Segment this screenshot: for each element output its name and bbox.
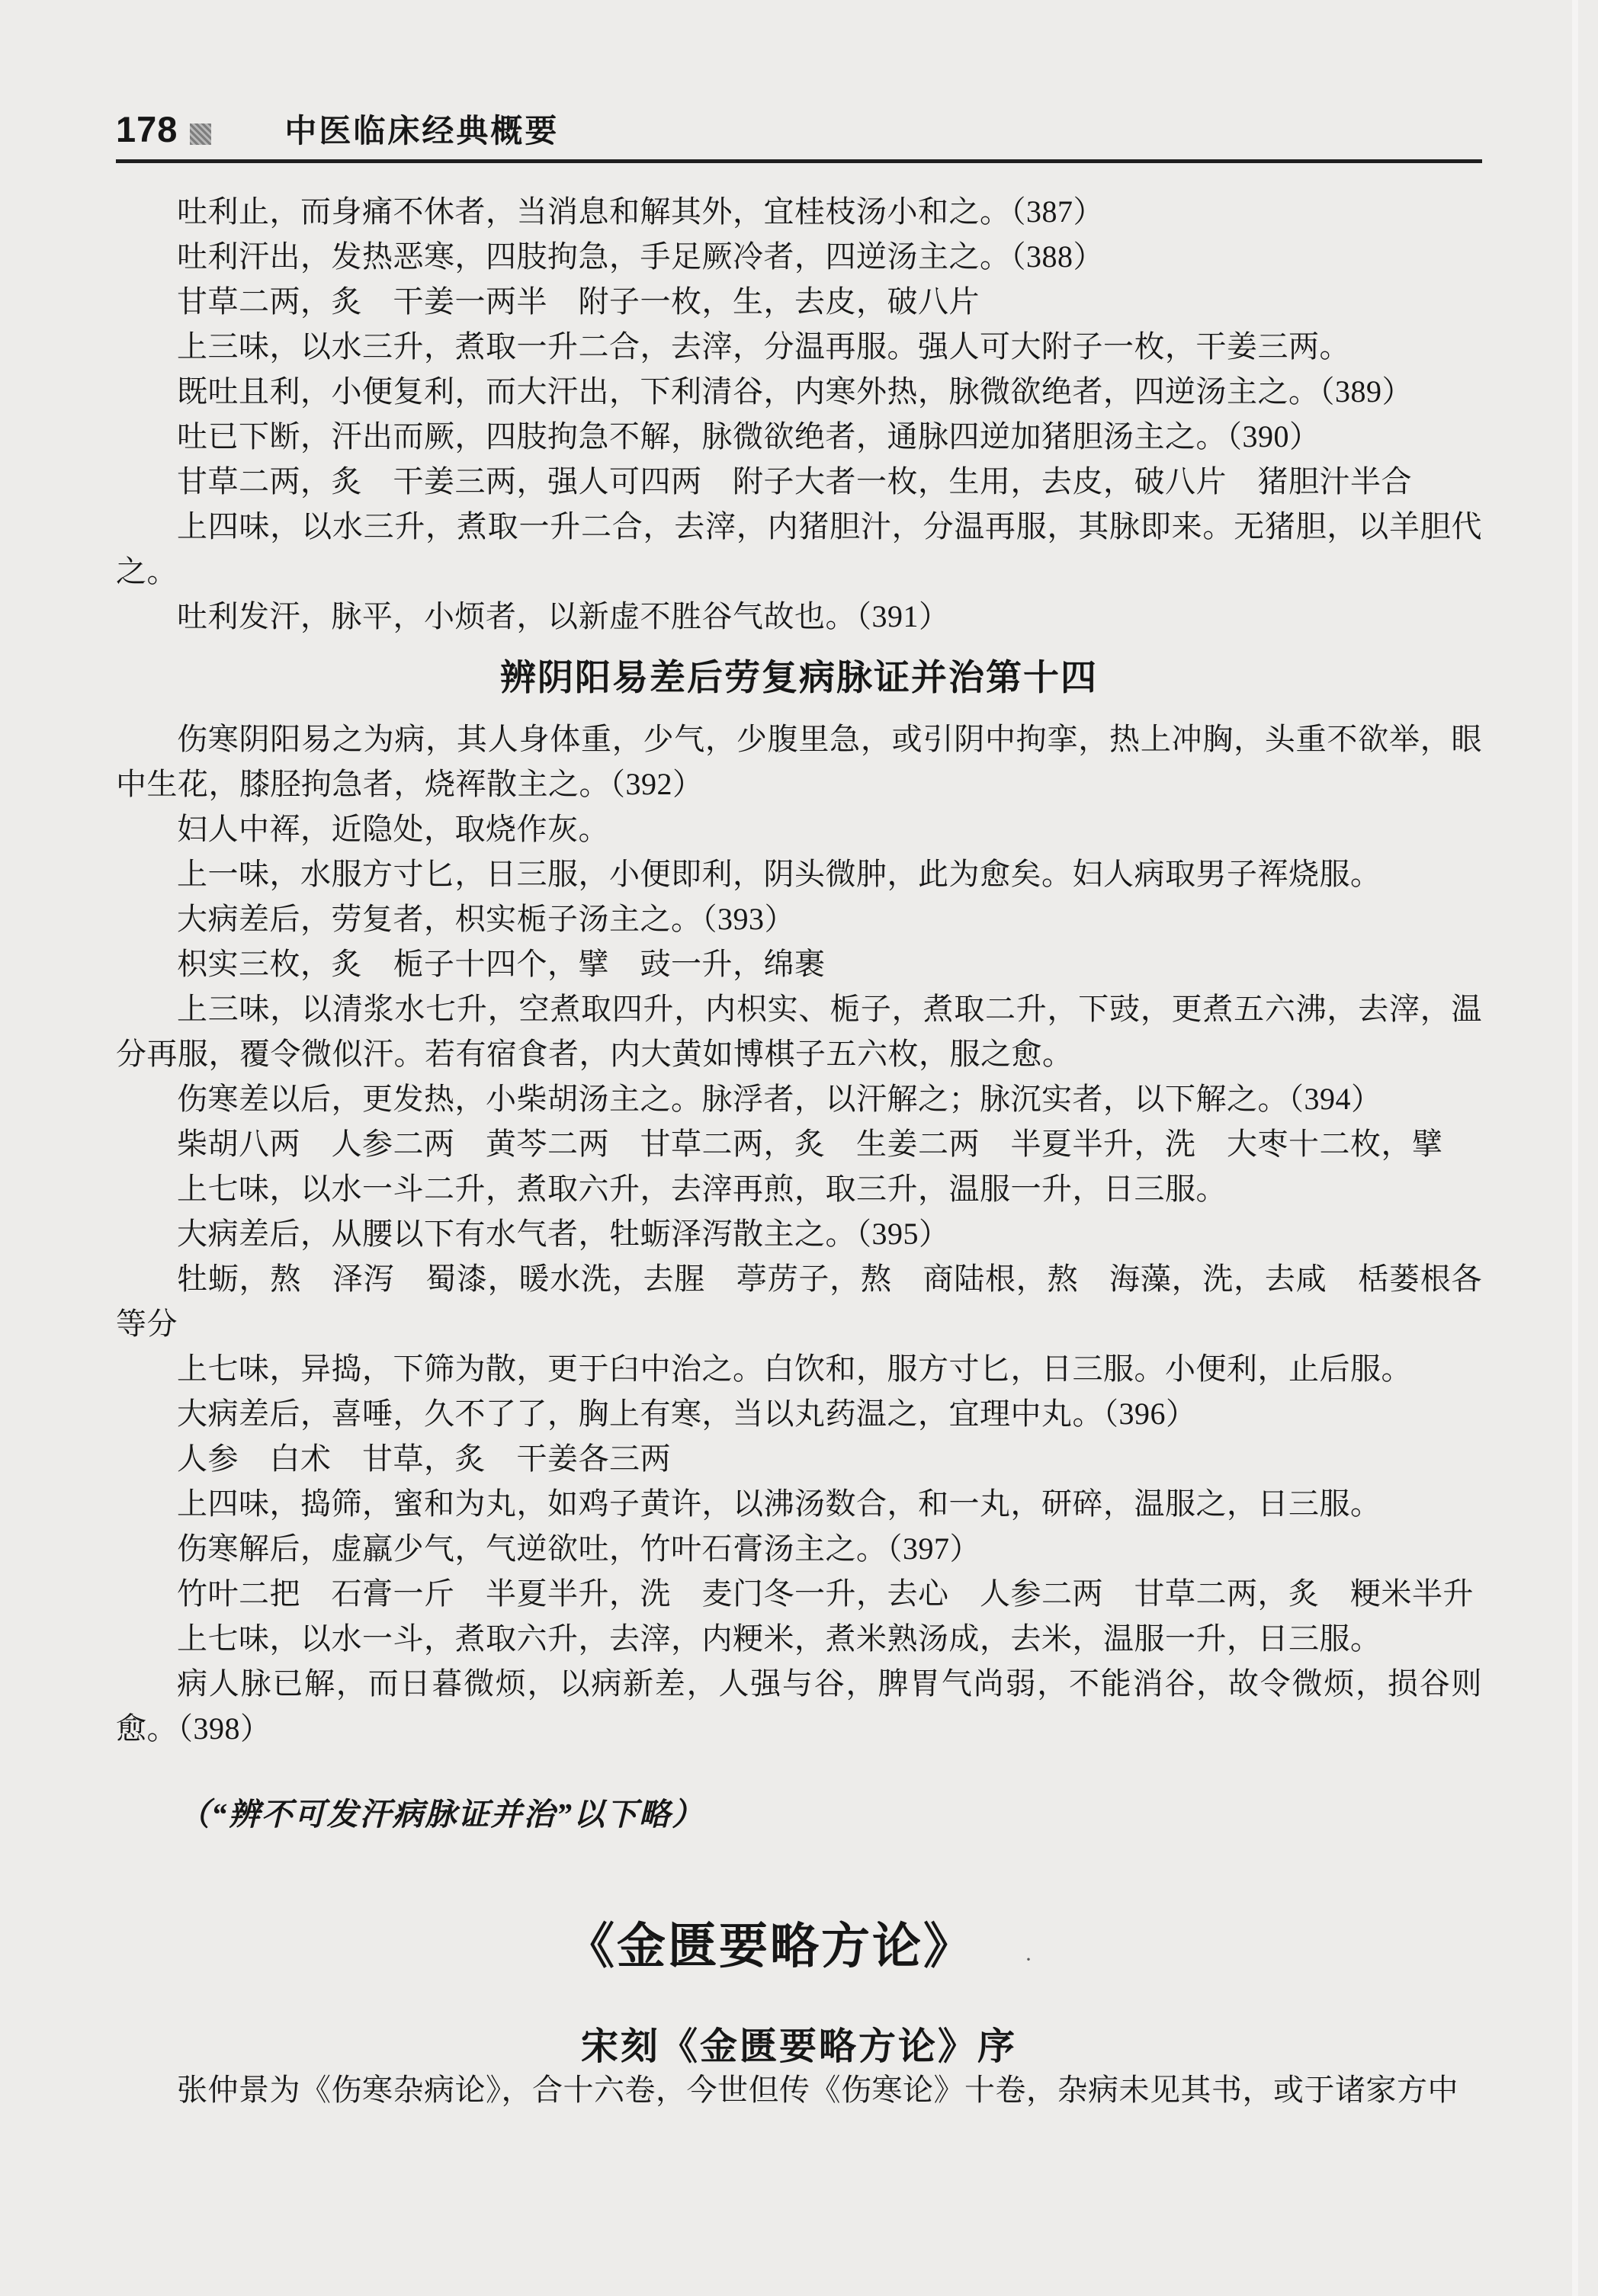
paragraph: 上四味，以水三升，煮取一升二合，去滓，内猪胆汁，分温再服，其脉即来。无猪胆，以羊… (116, 504, 1482, 594)
paragraph: 牡蛎，熬 泽泻 蜀漆，暖水洗，去腥 葶苈子，熬 商陆根，熬 海藻，洗，去咸 栝蒌… (116, 1256, 1482, 1346)
paragraph: 大病差后，从腰以下有水气者，牡蛎泽泻散主之。（395） (116, 1211, 1482, 1256)
section-title: 辨阴阳易差后劳复病脉证并治第十四 (116, 651, 1482, 706)
book-title: 中医临床经典概要 (284, 115, 559, 147)
page-header: 178 中医临床经典概要 (116, 0, 1482, 163)
paragraph: 伤寒差以后，更发热，小柴胡汤主之。脉浮者，以汗解之；脉沉实者，以下解之。（394… (116, 1076, 1482, 1121)
preface-paragraph: 张仲景为《伤寒杂病论》，合十六卷，今世但传《伤寒论》十卷，杂病未见其书，或于诸家… (116, 2067, 1482, 2112)
print-speck: · (1025, 1947, 1032, 1973)
paragraph: 妇人中裈，近隐处，取烧作灰。 (116, 806, 1482, 851)
paragraph: 上三味，以水三升，煮取一升二合，去滓，分温再服。强人可大附子一枚，干姜三两。 (116, 324, 1482, 369)
paragraph: 人参 白术 甘草，炙 干姜各三两 (116, 1436, 1482, 1481)
paragraph: 吐利止，而身痛不休者，当消息和解其外，宜桂枝汤小和之。（387） (116, 189, 1482, 234)
paragraph: 病人脉已解，而日暮微烦，以病新差，人强与谷，脾胃气尚弱，不能消谷，故令微烦，损谷… (116, 1661, 1482, 1751)
paragraph: 吐已下断，汗出而厥，四肢拘急不解，脉微欲绝者，通脉四逆加猪胆汤主之。（390） (116, 414, 1482, 459)
paragraph: 大病差后，劳复者，枳实栀子汤主之。（393） (116, 896, 1482, 941)
paragraph: 上七味，异捣，下筛为散，更于臼中治之。白饮和，服方寸匕，日三服。小便利，止后服。 (116, 1346, 1482, 1391)
paragraph: 上七味，以水一斗二升，煮取六升，去滓再煎，取三升，温服一升，日三服。 (116, 1166, 1482, 1211)
paragraph: 枳实三枚，炙 栀子十四个，擘 豉一升，绵裹 (116, 941, 1482, 986)
paragraph: 竹叶二把 石膏一斤 半夏半升，洗 麦门冬一升，去心 人参二两 甘草二两，炙 粳米… (116, 1571, 1482, 1616)
paragraph: 既吐且利，小便复利，而大汗出，下利清谷，内寒外热，脉微欲绝者，四逆汤主之。（38… (116, 369, 1482, 414)
paragraph: 上一味，水服方寸匕，日三服，小便即利，阴头微肿，此为愈矣。妇人病取男子裈烧服。 (116, 851, 1482, 896)
paragraph: 上四味，捣筛，蜜和为丸，如鸡子黄许，以沸汤数合，和一丸，研碎，温服之，日三服。 (116, 1481, 1482, 1526)
paragraph: 吐利发汗，脉平，小烦者，以新虚不胜谷气故也。（391） (116, 594, 1482, 639)
page-body: 吐利止，而身痛不休者，当消息和解其外，宜桂枝汤小和之。（387） 吐利汗出，发热… (116, 163, 1482, 2112)
book-page: 178 中医临床经典概要 吐利止，而身痛不休者，当消息和解其外，宜桂枝汤小和之。… (0, 0, 1598, 2296)
header-square-icon (190, 123, 211, 145)
preface-title: 宋刻《金匮要略方论》序 (116, 2026, 1482, 2067)
paragraph: 甘草二两，炙 干姜一两半 附子一枚，生，去皮，破八片 (116, 279, 1482, 324)
paragraph: 上三味，以清浆水七升，空煮取四升，内枳实、栀子，煮取二升，下豉，更煮五六沸，去滓… (116, 986, 1482, 1076)
paragraph: 柴胡八两 人参二两 黄芩二两 甘草二两，炙 生姜二两 半夏半升，洗 大枣十二枚，… (116, 1121, 1482, 1166)
paragraph: 上七味，以水一斗，煮取六升，去滓，内粳米，煮米熟汤成，去米，温服一升，日三服。 (116, 1616, 1482, 1661)
paragraph: 伤寒阴阳易之为病，其人身体重，少气，少腹里急，或引阴中拘挛，热上冲胸，头重不欲举… (116, 717, 1482, 806)
omission-note: （“辨不可发汗病脉证并治”以下略） (116, 1792, 1482, 1837)
part-title: 《金匮要略方论》 (566, 1919, 974, 1973)
paragraph: 吐利汗出，发热恶寒，四肢拘急，手足厥冷者，四逆汤主之。（388） (116, 234, 1482, 279)
page-number: 178 (116, 111, 178, 147)
paragraph: 甘草二两，炙 干姜三两，强人可四两 附子大者一枚，生用，去皮，破八片 猪胆汁半合 (116, 459, 1482, 504)
part-title-row: 《金匮要略方论》· (116, 1919, 1482, 1973)
paragraph: 大病差后，喜唾，久不了了，胸上有寒，当以丸药温之，宜理中丸。（396） (116, 1391, 1482, 1436)
scan-edge-artifact (1572, 0, 1578, 2296)
paragraph: 伤寒解后，虚羸少气，气逆欲吐，竹叶石膏汤主之。（397） (116, 1526, 1482, 1571)
